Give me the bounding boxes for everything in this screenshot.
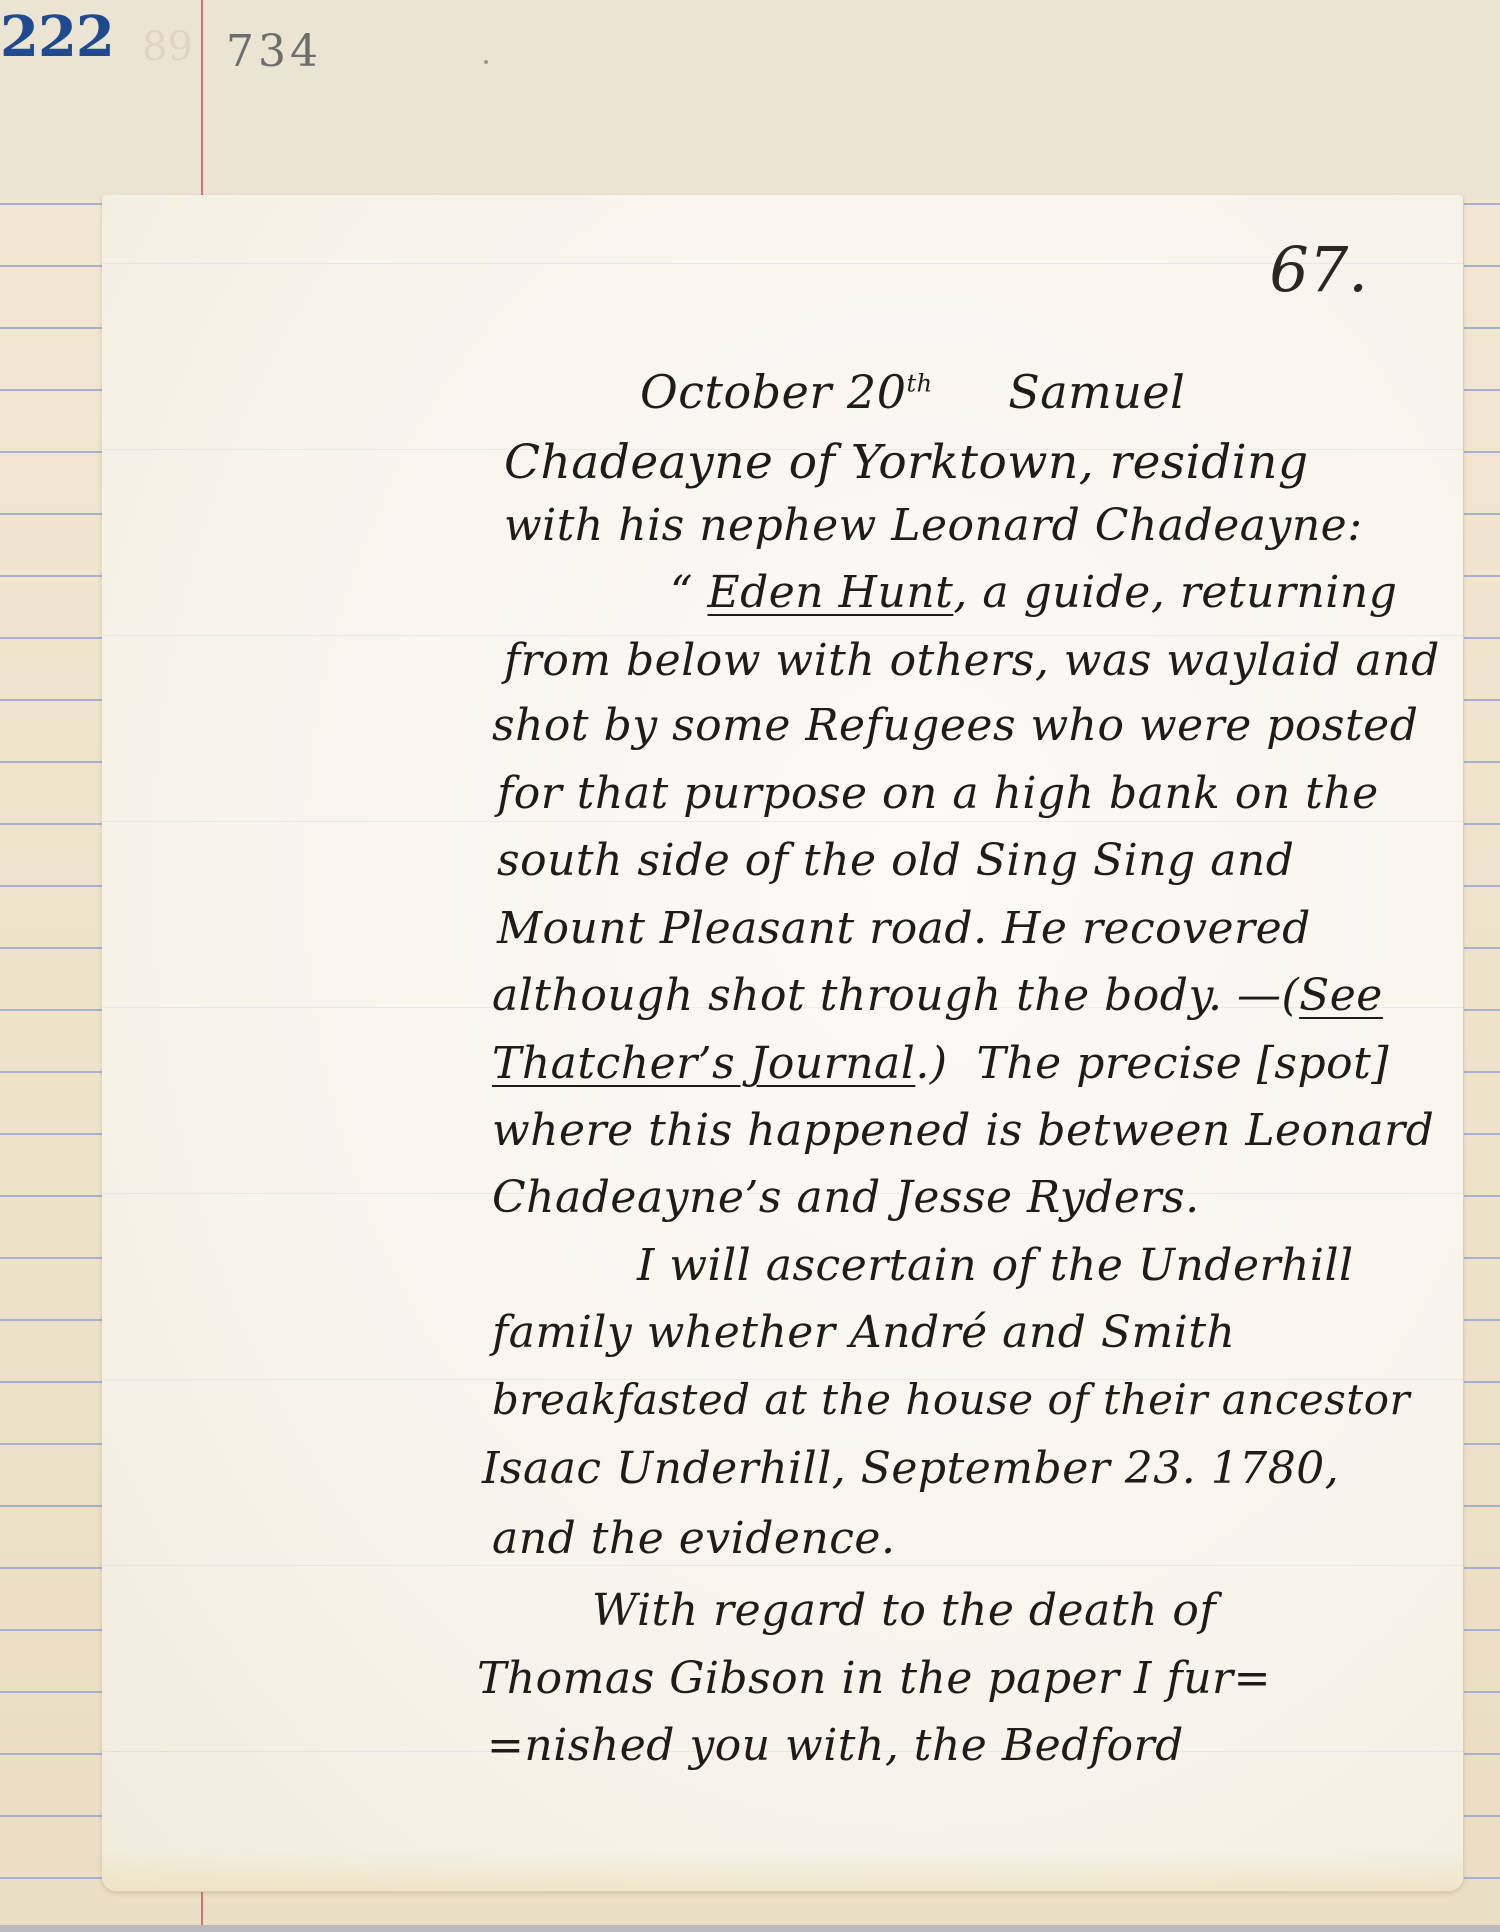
letter-sheet: 67. October 20th Samuel Chadeayne of Yor… xyxy=(102,195,1463,1891)
handwritten-line: Thomas Gibson in the paper I fur= xyxy=(477,1653,1271,1704)
handwritten-line: Chadeayne of Yorktown, residing xyxy=(504,435,1309,490)
handwritten-line: with his nephew Leonard Chadeayne: xyxy=(504,500,1363,551)
line-text: although shot through the body. —( xyxy=(492,970,1299,1021)
handwritten-line: and the evidence. xyxy=(492,1513,895,1564)
sheet-faint-rule xyxy=(102,1565,1463,1566)
handwritten-line: Chadeayne’s and Jesse Ryders. xyxy=(492,1172,1200,1223)
handwritten-line: family whether André and Smith xyxy=(492,1307,1235,1358)
line-text: .) The precise [spot] xyxy=(915,1038,1389,1089)
stamp-number: 222 xyxy=(0,4,114,70)
scan-bottom-edge xyxy=(0,1925,1500,1932)
faded-number: 89 xyxy=(142,24,193,70)
date-ordinal: th xyxy=(906,370,932,398)
handwritten-line: although shot through the body. —(See xyxy=(492,970,1383,1021)
underlined-title: Thatcher’s Journal xyxy=(492,1038,915,1089)
handwritten-line: =nished you with, the Bedford xyxy=(487,1720,1184,1771)
handwritten-line: October 20th Samuel xyxy=(640,365,1185,419)
handwritten-line: south side of the old Sing Sing and xyxy=(497,835,1294,886)
handwritten-line: Isaac Underhill, September 23. 1780, xyxy=(482,1443,1339,1494)
page-number: 67. xyxy=(1269,233,1368,306)
line-text: , a guide, returning xyxy=(953,567,1397,618)
handwritten-line: Thatcher’s Journal.) The precise [spot] xyxy=(492,1038,1389,1089)
ledger-header-area xyxy=(0,0,1500,200)
handwritten-line: for that purpose on a high bank on the xyxy=(497,768,1379,819)
handwritten-line: “ Eden Hunt, a guide, returning xyxy=(670,567,1397,618)
underlined-word: See xyxy=(1299,970,1383,1021)
handwritten-line: I will ascertain of the Underhill xyxy=(637,1240,1354,1291)
underlined-name: Eden Hunt xyxy=(707,567,953,618)
handwritten-line: from below with others, was waylaid and xyxy=(504,635,1440,686)
sheet-faint-rule xyxy=(102,263,1463,264)
date-text: October 20 xyxy=(640,365,906,419)
handwritten-line: breakfasted at the house of their ancest… xyxy=(492,1375,1410,1424)
handwritten-line: where this happened is between Leonard xyxy=(492,1105,1434,1156)
sheet-faint-rule xyxy=(102,821,1463,822)
quote-mark: “ xyxy=(670,567,707,618)
paper-speck xyxy=(484,60,488,64)
serial-number: 734 xyxy=(226,26,322,77)
handwritten-line: Mount Pleasant road. He recovered xyxy=(497,903,1311,954)
handwritten-line: shot by some Refugees who were posted xyxy=(492,700,1418,751)
name-text: Samuel xyxy=(933,365,1186,419)
handwritten-line: With regard to the death of xyxy=(592,1585,1216,1636)
